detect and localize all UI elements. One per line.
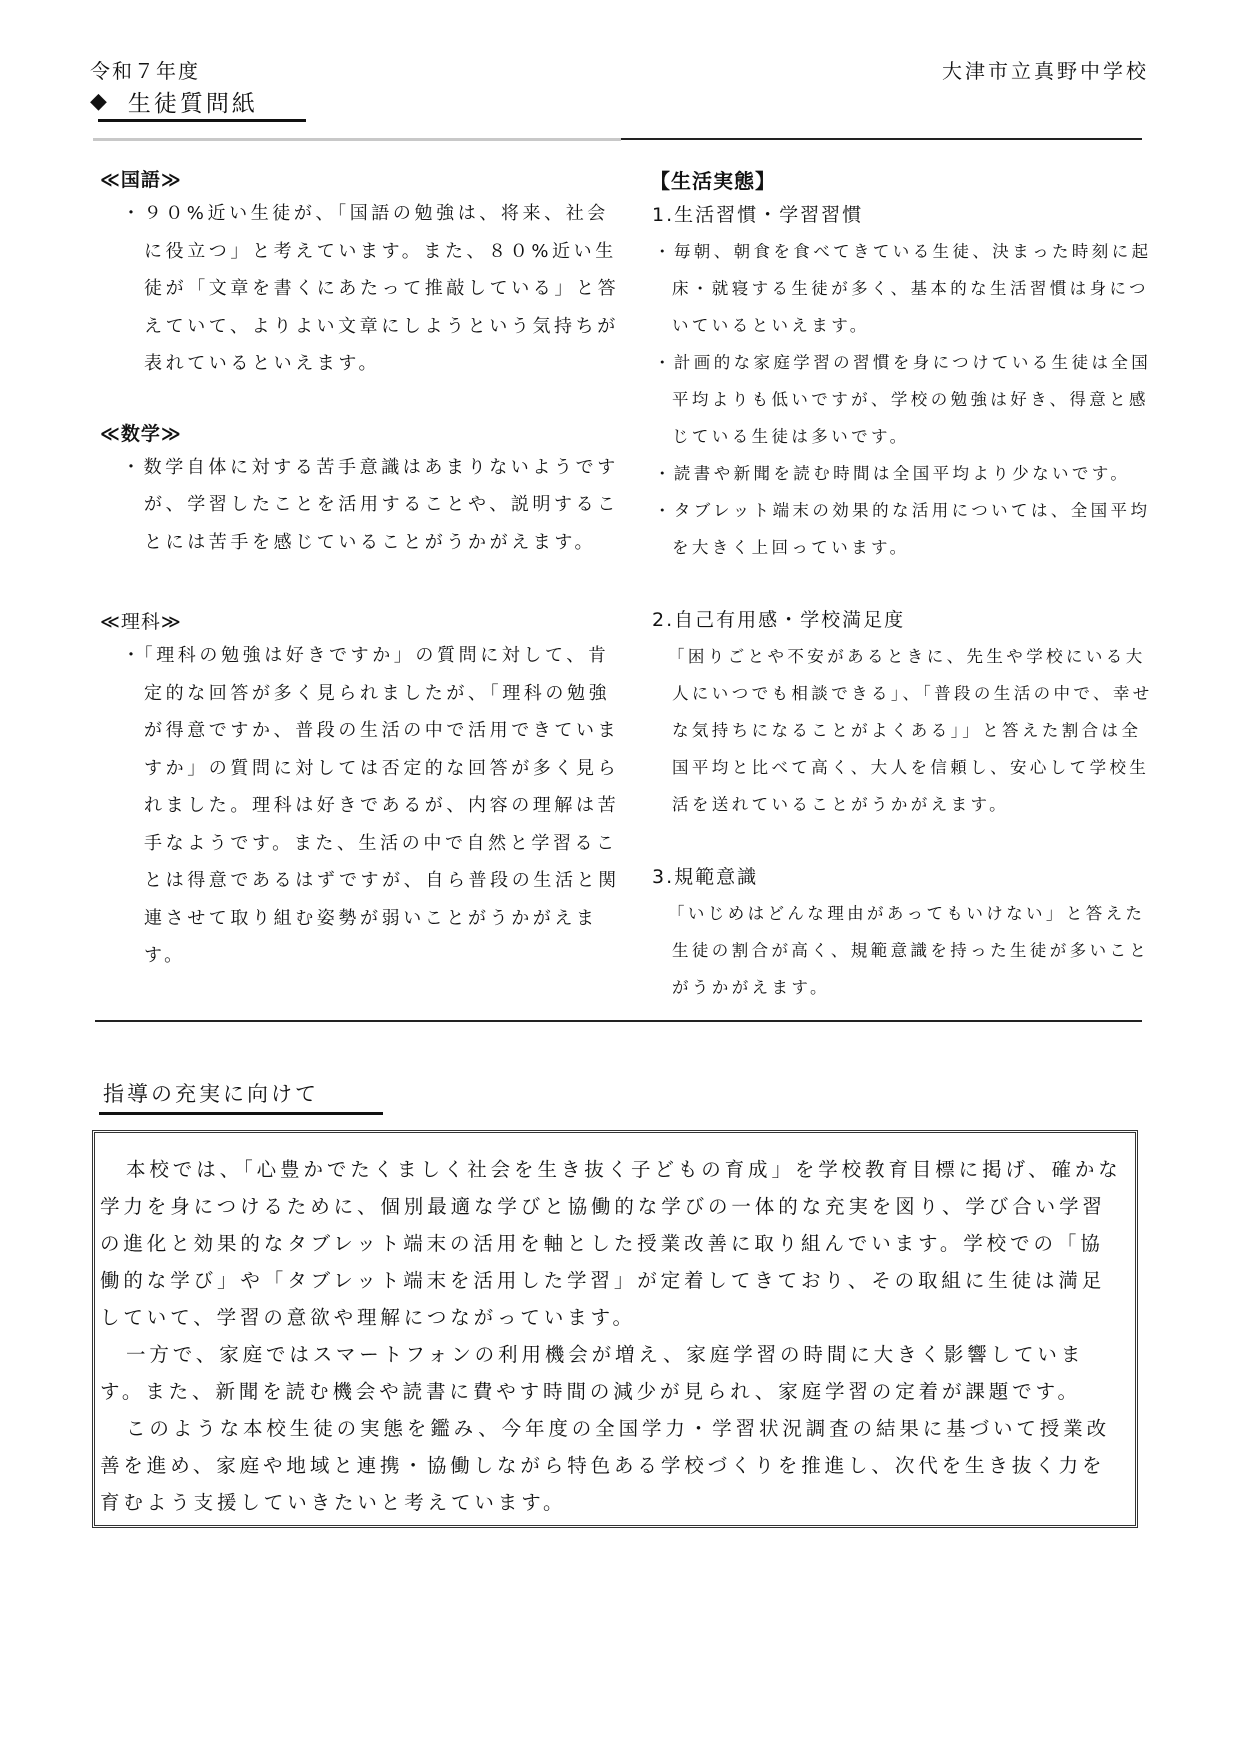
bullet-text: ・数学自体に対する苦手意識はあまりないようですが、学習したことを活用することや、… [100, 449, 630, 562]
title-underline [98, 119, 306, 122]
lifestyle-column: 【生活実態】 1.生活習慣・学習習慣 ・毎朝、朝食を食べてきている生徒、決まった… [656, 165, 1156, 1006]
guidance-paragraph: このような本校生徒の実態を鑑み、今年度の全国学力・学習状況調査の結果に基づいて授… [100, 1410, 1127, 1521]
subsection-self-esteem: 2.自己有用感・学校満足度 「困りごとや不安があるときに、先生や学校にいる大人に… [656, 602, 1156, 823]
subsection-text: 「いじめはどんな理由があってもいけない」と答えた生徒の割合が高く、規範意識を持っ… [656, 895, 1156, 1006]
subsection-title: 2.自己有用感・学校満足度 [652, 602, 1156, 638]
fiscal-year-label: 令和７年度 [90, 55, 200, 84]
bullet-text: ・「理科の勉強は好きですか」の質問に対して、肯定的な回答が多く見られましたが、「… [100, 637, 630, 975]
subsection-habits: 1.生活習慣・学習習慣 ・毎朝、朝食を食べてきている生徒、決まった時刻に起床・就… [656, 197, 1156, 566]
subsection-text: 「困りごとや不安があるときに、先生や学校にいる大人にいつでも相談できる」、「普段… [656, 638, 1156, 823]
bullet-text: ・読書や新聞を読む時間は全国平均より少ないです。 [656, 455, 1156, 492]
school-name: 大津市立真野中学校 [942, 55, 1149, 84]
guidance-title-underline [99, 1112, 383, 1115]
section-heading: ≪理科≫ [100, 607, 630, 637]
subsection-norms: 3.規範意識 「いじめはどんな理由があってもいけない」と答えた生徒の割合が高く、… [656, 859, 1156, 1006]
guidance-box: 本校では、「心豊かでたくましく社会を生き抜く子どもの育成」を学校教育目標に掲げ、… [92, 1130, 1138, 1528]
document-title: ◆ 生徒質問紙 [90, 85, 258, 118]
diamond-icon: ◆ [90, 89, 110, 114]
section-divider [95, 1020, 1142, 1022]
bullet-text: ・タブレット端末の効果的な活用については、全国平均を大きく上回っています。 [656, 492, 1156, 566]
section-heading: ≪数学≫ [100, 419, 630, 449]
document-title-text: 生徒質問紙 [128, 85, 258, 118]
guidance-paragraph: 一方で、家庭ではスマートフォンの利用機会が増え、家庭学習の時間に大きく影響してい… [100, 1336, 1127, 1410]
bullet-text: ・毎朝、朝食を食べてきている生徒、決まった時刻に起床・就寝する生徒が多く、基本的… [656, 233, 1156, 344]
section-science: ≪理科≫ ・「理科の勉強は好きですか」の質問に対して、肯定的な回答が多く見られま… [100, 607, 630, 975]
section-heading: ≪国語≫ [100, 165, 630, 195]
section-math: ≪数学≫ ・数学自体に対する苦手意識はあまりないようですが、学習したことを活用す… [100, 419, 630, 562]
header-rule-left [93, 138, 621, 141]
lifestyle-heading: 【生活実態】 [650, 165, 1156, 197]
guidance-paragraph: 本校では、「心豊かでたくましく社会を生き抜く子どもの育成」を学校教育目標に掲げ、… [100, 1151, 1127, 1336]
header-rule-right [621, 138, 1142, 140]
subsection-title: 1.生活習慣・学習習慣 [652, 197, 1156, 233]
bullet-text: ・９０%近い生徒が、「国語の勉強は、将来、社会に役立つ」と考えています。また、８… [100, 195, 630, 383]
section-japanese: ≪国語≫ ・９０%近い生徒が、「国語の勉強は、将来、社会に役立つ」と考えています… [100, 165, 630, 383]
guidance-title: 指導の充実に向けて [103, 1078, 319, 1108]
bullet-text: ・計画的な家庭学習の習慣を身につけている生徒は全国平均よりも低いですが、学校の勉… [656, 344, 1156, 455]
subsection-title: 3.規範意識 [652, 859, 1156, 895]
subject-results-column: ≪国語≫ ・９０%近い生徒が、「国語の勉強は、将来、社会に役立つ」と考えています… [100, 165, 630, 975]
